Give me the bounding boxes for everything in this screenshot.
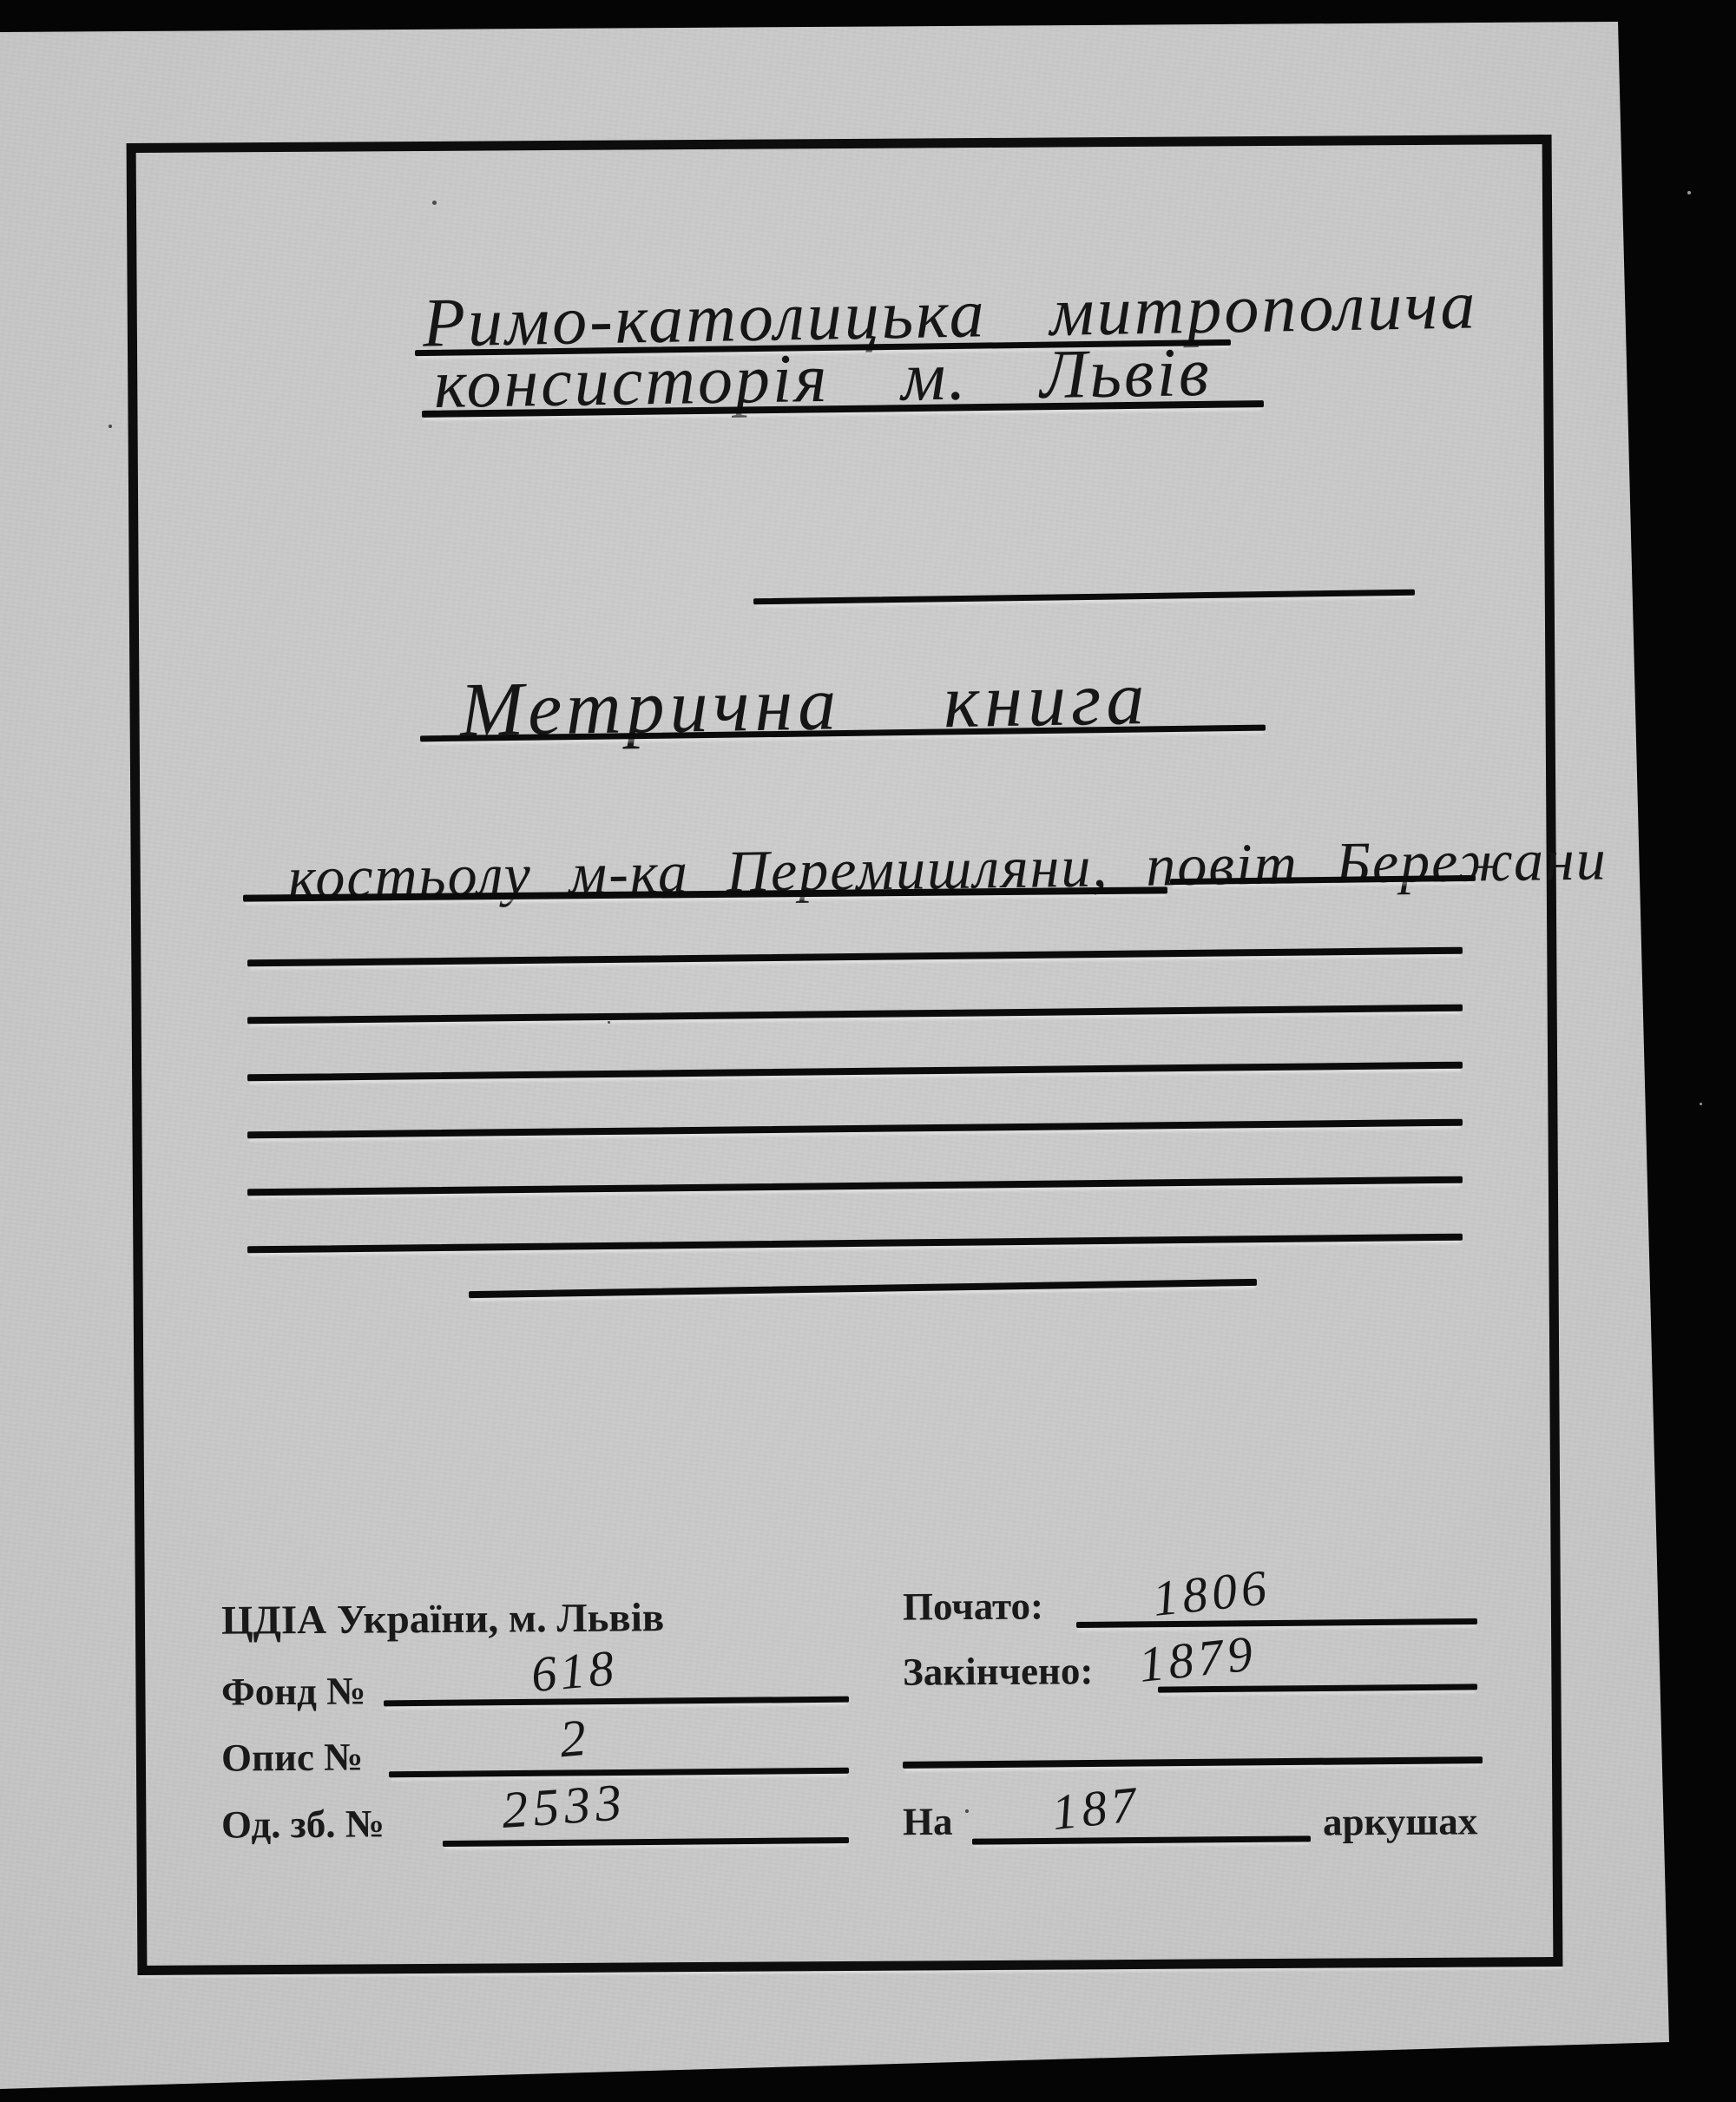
finished-label: Закінчено:: [903, 1651, 1094, 1692]
scanned-document: Римо-католицька митрополича консисторія …: [0, 0, 1736, 2102]
finished-value: 1879: [1136, 1628, 1259, 1690]
opys-value: 2: [557, 1711, 591, 1766]
opys-label: Опис №: [221, 1737, 364, 1777]
sheets-prefix-label: На: [903, 1802, 953, 1842]
fond-label: Фонд №: [221, 1671, 366, 1711]
sheets-suffix-label: аркушах: [1323, 1802, 1478, 1842]
dust-speck: [1687, 191, 1691, 194]
dust-speck: [108, 425, 112, 428]
dust-speck: [608, 1021, 610, 1024]
dust-speck: [1700, 1103, 1702, 1105]
fond-value: 618: [529, 1643, 620, 1700]
odzb-value: 2533: [500, 1776, 628, 1836]
sheets-value: 187: [1049, 1779, 1143, 1838]
started-value: 1806: [1150, 1562, 1272, 1624]
archive-institution: ЦДІА України, м. Львів: [221, 1598, 664, 1642]
dust-speck: [965, 1809, 969, 1813]
started-label: Почато:: [903, 1586, 1043, 1626]
odzb-label: Од. зб. №: [221, 1804, 385, 1844]
dust-speck: [432, 201, 437, 205]
